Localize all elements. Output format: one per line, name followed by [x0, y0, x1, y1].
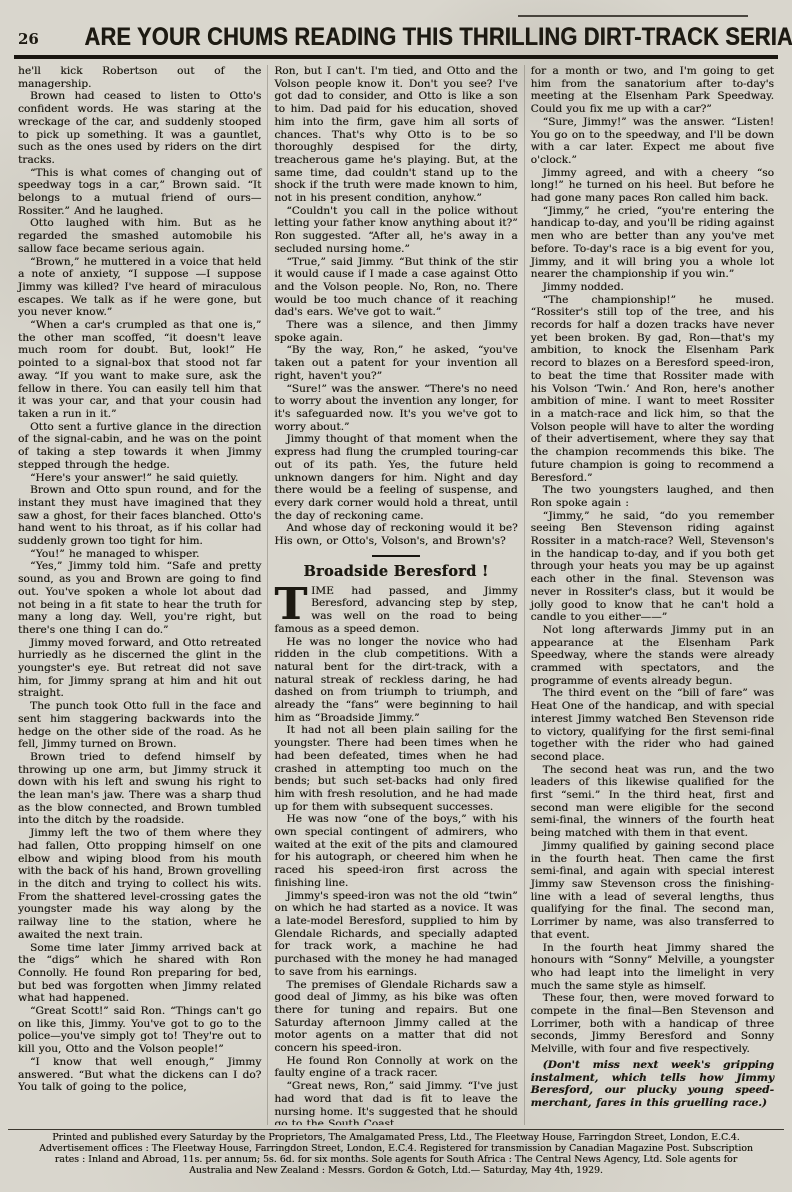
story-paragraph: Jimmy left the two of them where they ha…: [18, 827, 261, 941]
story-paragraph: Ron, but I can't. I'm tied, and Otto and…: [274, 65, 517, 205]
story-paragraph: “Great Scott!” said Ron. “Things can't g…: [18, 1005, 261, 1056]
story-paragraph: He was now “one of the boys,” with his o…: [274, 813, 517, 889]
story-paragraph: Brown had ceased to listen to Otto's con…: [18, 90, 261, 166]
story-paragraph: Otto sent a furtive glance in the direct…: [18, 421, 261, 472]
story-paragraph: “You!” he managed to whisper.: [18, 548, 261, 561]
story-paragraph: “True,” said Jimmy. “But think of the st…: [274, 256, 517, 320]
story-paragraph: In the fourth heat Jimmy shared the hono…: [531, 942, 774, 993]
drop-cap: T: [274, 585, 311, 623]
banner-title: ARE YOUR CHUMS READING THIS THRILLING DI…: [84, 22, 792, 51]
story-paragraph: The premises of Glendale Richards saw a …: [274, 979, 517, 1055]
story-paragraph: And whose day of reckoning would it be? …: [274, 522, 517, 547]
imprint-block: Printed and published every Saturday by …: [0, 1130, 792, 1177]
story-paragraph: “The championship!” he mused. “Rossiter'…: [531, 294, 774, 485]
story-paragraph: “Couldn't you call in the police without…: [274, 205, 517, 256]
story-paragraph: “Sure, Jimmy!” was the answer. “Listen! …: [531, 116, 774, 167]
story-paragraph: He found Ron Connolly at work on the fau…: [274, 1055, 517, 1080]
imprint-line: Australia and New Zealand : Messrs. Gord…: [26, 1166, 766, 1177]
scan-artifact-rule: [518, 15, 748, 17]
story-paragraph: Jimmy qualified by gaining second place …: [531, 840, 774, 942]
drop-cap-paragraph: TIME had passed, and Jimmy Beresford, ad…: [274, 585, 517, 636]
story-paragraph: “Here's your answer!” he said quietly.: [18, 472, 261, 485]
story-paragraph: Jimmy nodded.: [531, 281, 774, 294]
story-paragraph: Jimmy's speed-iron was not the old “twin…: [274, 890, 517, 979]
story-paragraph: “Jimmy,” he said, “do you remember seein…: [531, 510, 774, 624]
story-paragraph: “Sure!” was the answer. “There's no need…: [274, 383, 517, 434]
page-number: 26: [18, 30, 39, 48]
magazine-page: 26 ARE YOUR CHUMS READING THIS THRILLING…: [0, 0, 792, 1192]
column-3-text: for a month or two, and I'm going to get…: [531, 65, 774, 1056]
story-paragraph: The two youngsters laughed, and then Ron…: [531, 484, 774, 509]
story-paragraph: Jimmy thought of that moment when the ex…: [274, 433, 517, 522]
drop-cap-paragraph-text: IME had passed, and Jimmy Beresford, adv…: [274, 585, 517, 635]
story-paragraph: Brown and Otto spun round, and for the i…: [18, 484, 261, 548]
story-column-3: for a month or two, and I'm going to get…: [524, 65, 780, 1125]
story-paragraph: These four, then, were moved forward to …: [531, 992, 774, 1056]
story-paragraph: he'll kick Robertson out of the managers…: [18, 65, 261, 90]
page-header: 26 ARE YOUR CHUMS READING THIS THRILLING…: [0, 0, 792, 52]
story-paragraph: Jimmy moved forward, and Otto retreated …: [18, 637, 261, 701]
story-paragraph: “Great news, Ron,” said Jimmy. “I've jus…: [274, 1080, 517, 1125]
story-paragraph: “By the way, Ron,” he asked, “you've tak…: [274, 344, 517, 382]
story-paragraph: “Jimmy,” he cried, “you're entering the …: [531, 205, 774, 281]
story-paragraph: There was a silence, and then Jimmy spok…: [274, 319, 517, 344]
column-2-text-upper: Ron, but I can't. I'm tied, and Otto and…: [274, 65, 517, 548]
column-1-text: he'll kick Robertson out of the managers…: [18, 65, 261, 1094]
story-paragraph: It had not all been plain sailing for th…: [274, 724, 517, 813]
story-paragraph: The third event on the “bill of fare” wa…: [531, 687, 774, 763]
story-paragraph: Jimmy agreed, and with a cheery “so long…: [531, 167, 774, 205]
story-paragraph: He was no longer the novice who had ridd…: [274, 636, 517, 725]
story-paragraph: Brown tried to defend himself by throwin…: [18, 751, 261, 827]
story-paragraph: “I know that well enough,” Jimmy answere…: [18, 1056, 261, 1094]
story-paragraph: “Brown,” he muttered in a voice that hel…: [18, 256, 261, 320]
story-paragraph: Not long afterwards Jimmy put in an appe…: [531, 624, 774, 688]
story-columns: he'll kick Robertson out of the managers…: [0, 59, 792, 1125]
section-divider: [372, 555, 420, 557]
next-week-note: (Don't miss next week's gripping instalm…: [531, 1059, 774, 1110]
story-paragraph: “This is what comes of changing out of s…: [18, 167, 261, 218]
story-column-1: he'll kick Robertson out of the managers…: [12, 65, 267, 1125]
section-heading: Broadside Beresford !: [274, 563, 517, 580]
story-paragraph: for a month or two, and I'm going to get…: [531, 65, 774, 116]
story-paragraph: “When a car's crumpled as that one is,” …: [18, 319, 261, 421]
story-paragraph: The punch took Otto full in the face and…: [18, 700, 261, 751]
story-paragraph: The second heat was run, and the two lea…: [531, 764, 774, 840]
story-column-2: Ron, but I can't. I'm tied, and Otto and…: [267, 65, 523, 1125]
column-2-text-lower: He was no longer the novice who had ridd…: [274, 636, 517, 1125]
story-paragraph: Some time later Jimmy arrived back at th…: [18, 942, 261, 1006]
story-paragraph: “Yes,” Jimmy told him. “Safe and pretty …: [18, 560, 261, 636]
story-paragraph: Otto laughed with him. But as he regarde…: [18, 217, 261, 255]
